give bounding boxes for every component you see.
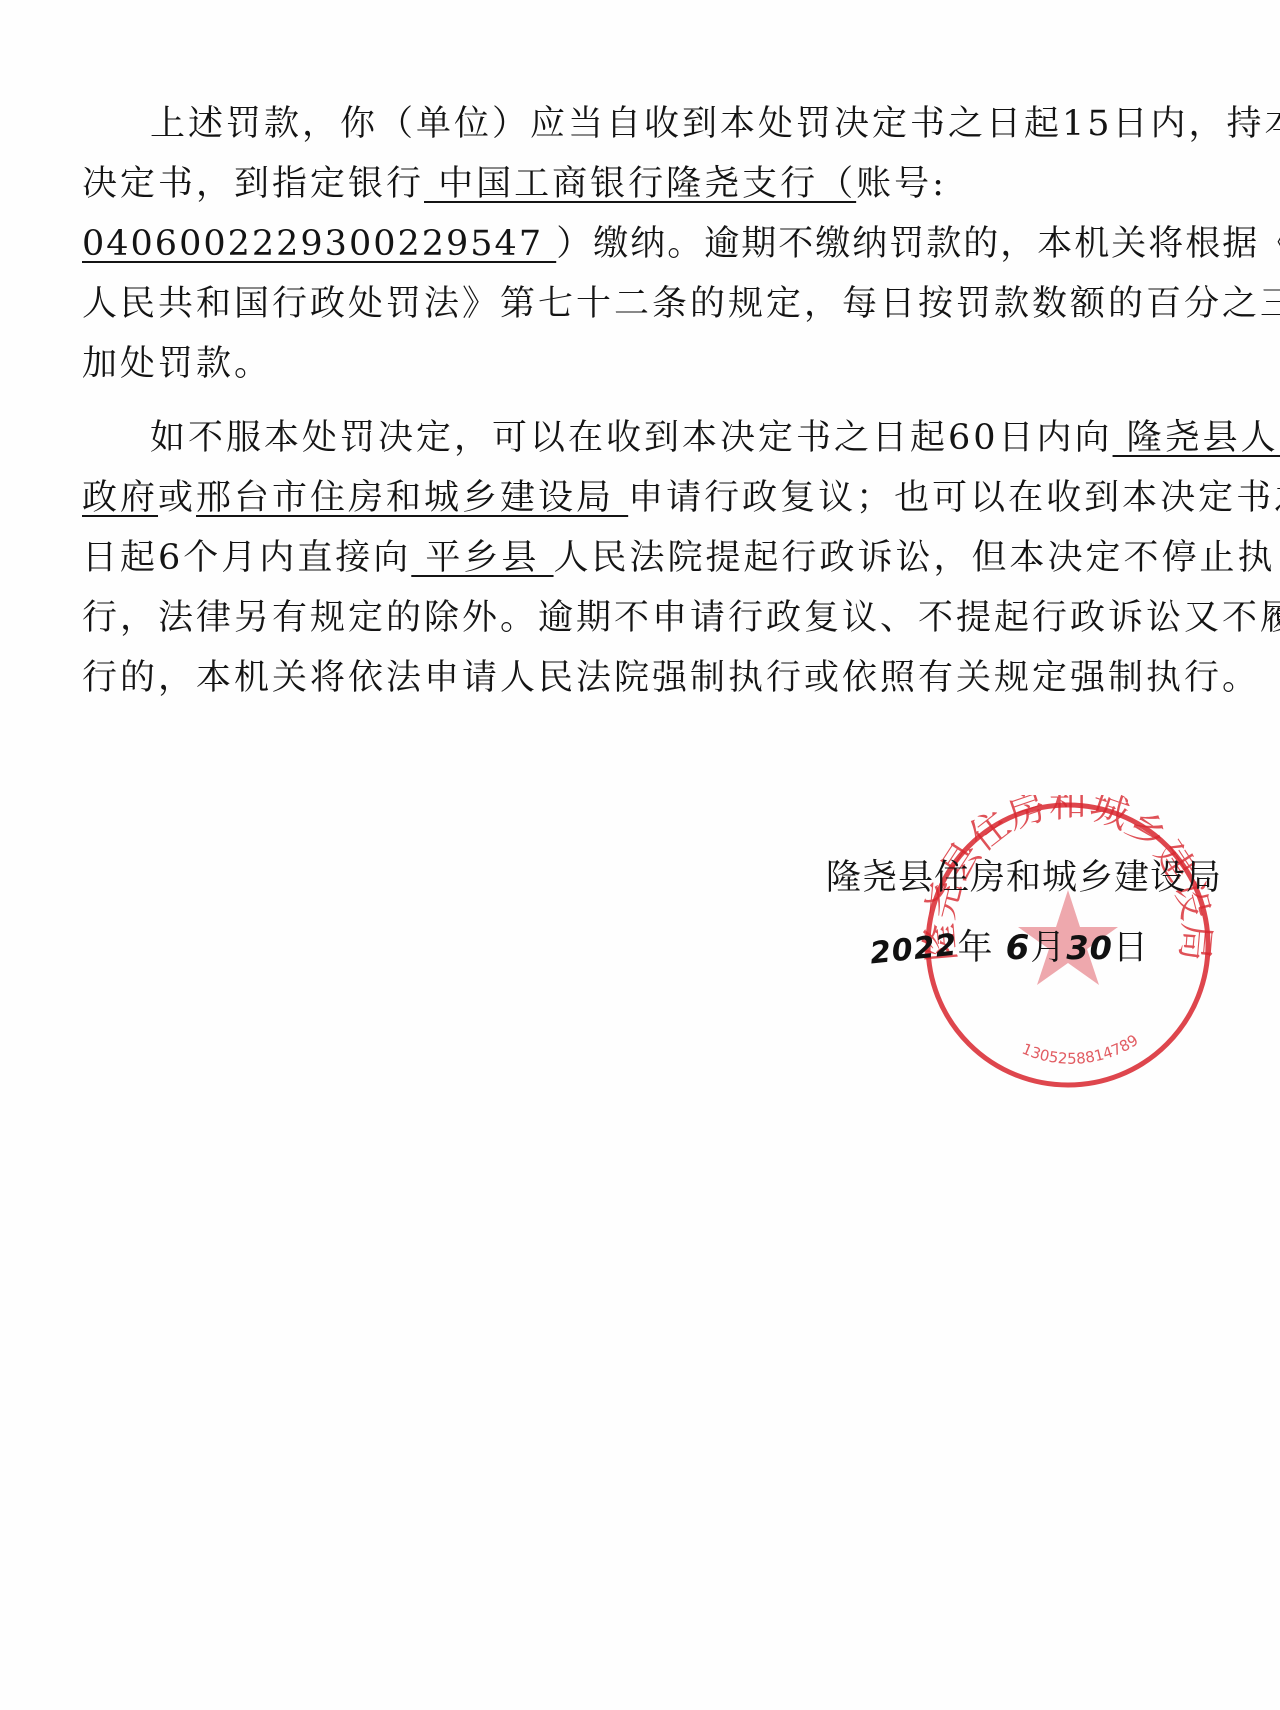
text: 决定书，到指定银行 [82, 164, 424, 204]
para2-line1: 如不服本处罚决定，可以在收到本决定书之日起60日内向 隆尧县人民 [150, 418, 1280, 458]
review-body-county-gov-cont: 政府 [82, 478, 158, 518]
account-number: 0406002229300229547 [82, 224, 556, 264]
text: 申请行政复议；也可以在收到本决定书之 [628, 478, 1280, 518]
month-handwritten: 6 [1006, 928, 1031, 968]
para2-line3: 日起6个月内直接向 平乡县 人民法院提起行政诉讼，但本决定不停止执 [82, 538, 1276, 578]
para1-line2: 决定书，到指定银行 中国工商银行隆尧支行（账号: [82, 164, 947, 204]
para1-line5: 加处罚款。 [82, 344, 272, 384]
text: 或 [158, 478, 196, 518]
text: 人民法院提起行政诉讼，但本决定不停止执 [554, 538, 1276, 578]
court-county: 平乡县 [411, 538, 553, 578]
text: 月 [1030, 928, 1066, 968]
issue-date: 2022年 6月30日 [870, 928, 1149, 970]
text: 日 [1113, 928, 1149, 968]
issuer-name: 隆尧县住房和城乡建设局 [826, 858, 1222, 898]
para1-line4: 人民共和国行政处罚法》第七十二条的规定，每日按罚款数额的百分之三 [82, 284, 1280, 324]
para1-line1: 上述罚款，你（单位）应当自收到本处罚决定书之日起15日内，持本 [150, 104, 1280, 144]
day-handwritten: 30 [1066, 929, 1113, 967]
document-page: 上述罚款，你（单位）应当自收到本处罚决定书之日起15日内，持本 决定书，到指定银… [0, 0, 1280, 1710]
text: 账号: [856, 164, 947, 204]
review-body-county-gov: 隆尧县人民 [1113, 418, 1280, 458]
text: 日起6个月内直接向 [82, 538, 411, 578]
para1-line3: 0406002229300229547 ）缴纳。逾期不缴纳罚款的，本机关将根据《… [82, 224, 1280, 264]
review-body-city-bureau: 邢台市住房和城乡建设局 [196, 478, 628, 518]
text: ）缴纳。逾期不缴纳罚款的，本机关将根据《中华 [556, 224, 1280, 264]
text: 如不服本处罚决定，可以在收到本决定书之日起60日内向 [150, 418, 1113, 458]
para2-line4: 行，法律另有规定的除外。逾期不申请行政复议、不提起行政诉讼又不履 [82, 598, 1280, 638]
bank-name: 中国工商银行隆尧支行（ [424, 164, 856, 204]
text: 年 [958, 928, 994, 968]
para2-line2: 政府或邢台市住房和城乡建设局 申请行政复议；也可以在收到本决定书之 [82, 478, 1280, 518]
svg-text:1305258814789: 1305258814789 [1019, 1031, 1141, 1068]
year-handwritten: 2022 [868, 926, 959, 975]
para2-line5: 行的，本机关将依法申请人民法院强制执行或依照有关规定强制执行。 [82, 658, 1260, 698]
